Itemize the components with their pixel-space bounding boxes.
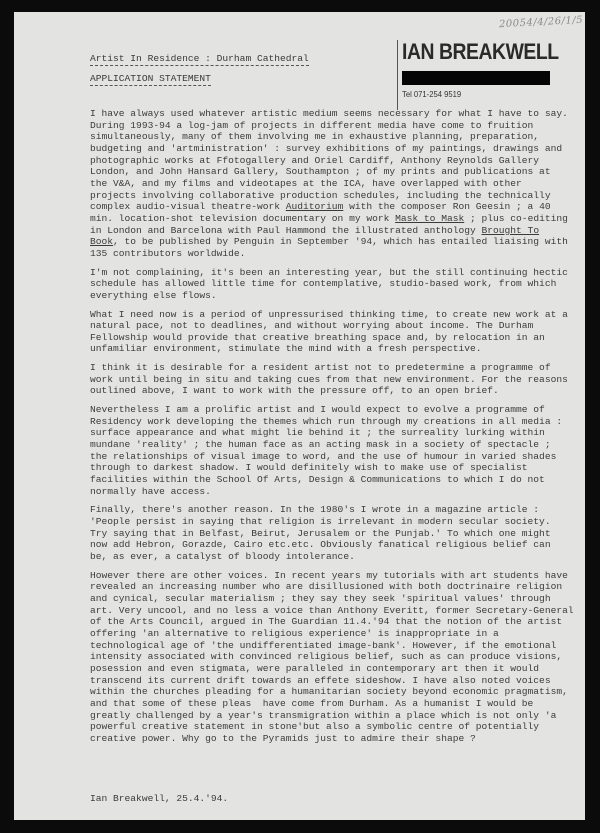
document-subtitle: APPLICATION STATEMENT xyxy=(90,73,211,86)
text-line: creative power. Why go to the Pyramids j… xyxy=(90,733,580,745)
letterhead: IAN BREAKWELL Tel 071-254 9519 xyxy=(397,40,582,110)
text-line: and cynical, secular materialism ; they … xyxy=(90,593,580,605)
text-line: Fellowship would provide that creative b… xyxy=(90,332,580,344)
text-line: Book, to be published by Penguin in Sept… xyxy=(90,236,580,248)
text-line: photographic works at Ffotogallery and O… xyxy=(90,155,580,167)
text-line: Residency work developing the themes whi… xyxy=(90,416,580,428)
text-line: simultaneously, many of them involving m… xyxy=(90,131,580,143)
text-line: technological age of 'the undifferentiat… xyxy=(90,640,580,652)
text-line: through to darkest shadow. I would defin… xyxy=(90,462,580,474)
text-line: greatly challenged by a year's transmigr… xyxy=(90,710,580,722)
signature-line: Ian Breakwell, 25.4.'94. xyxy=(90,793,228,804)
text-line: intensity associated with convinced reli… xyxy=(90,651,580,663)
text-line: within the churches pleading for a human… xyxy=(90,686,580,698)
text-line: outlined above, I want to work with the … xyxy=(90,385,580,397)
text-line: transcend its current drift towards an e… xyxy=(90,675,580,687)
text-line: and that some of these pleas have come f… xyxy=(90,698,580,710)
text-line: budgeting and 'artministration' : survey… xyxy=(90,143,580,155)
text-line: revealed an increasing number who are di… xyxy=(90,581,580,593)
text-line: projects involving collaborative product… xyxy=(90,190,580,202)
text-line: now add Hebron, Gorazde, Cairo etc.etc. … xyxy=(90,539,580,551)
paragraph: However there are other voices. In recen… xyxy=(90,570,580,745)
text-line: London, and John Hansard Gallery, Southa… xyxy=(90,166,580,178)
text-line: of the Arts Council, argued in The Guard… xyxy=(90,616,580,628)
text-line: powerful creative statement in stone'but… xyxy=(90,721,580,733)
text-line: posession and even stigmata, were parall… xyxy=(90,663,580,675)
text-line: I'm not complaining, it's been an intere… xyxy=(90,267,580,279)
text-line: be, as ever, a catalyst of bloody intole… xyxy=(90,551,580,563)
paragraph: I have always used whatever artistic med… xyxy=(90,108,580,260)
statement-body: I have always used whatever artistic med… xyxy=(90,108,580,751)
letterhead-name: IAN BREAKWELL xyxy=(402,40,560,64)
text-line: mundane 'reality' ; the human face as an… xyxy=(90,439,580,451)
text-line: unfamiliar environment, stimulate the mi… xyxy=(90,343,580,355)
paragraph: Nevertheless I am a prolific artist and … xyxy=(90,404,580,497)
text-line: min. location-shot television documentar… xyxy=(90,213,580,225)
paragraph: Finally, there's another reason. In the … xyxy=(90,504,580,562)
archive-reference: 20054/4/26/1/5 xyxy=(499,15,584,30)
text-line: I have always used whatever artistic med… xyxy=(90,108,580,120)
text-line: facilities within the School Of Arts, De… xyxy=(90,474,580,486)
text-line: I think it is desirable for a resident a… xyxy=(90,362,580,374)
paragraph: What I need now is a period of unpressur… xyxy=(90,309,580,356)
text-line: Try saying that in Belfast, Beirut, Jeru… xyxy=(90,528,580,540)
text-line: work until being in situ and taking cues… xyxy=(90,374,580,386)
document-title: Artist In Residence : Durham Cathedral xyxy=(90,53,309,66)
paragraph: I'm not complaining, it's been an intere… xyxy=(90,267,580,302)
text-line: During 1993-94 a log-jam of projects in … xyxy=(90,120,580,132)
text-line: 'People persist in saying that religion … xyxy=(90,516,580,528)
text-line: in London and Barcelona with Paul Hammon… xyxy=(90,225,580,237)
text-line: surface appearance and what might lie be… xyxy=(90,427,580,439)
paragraph: I think it is desirable for a resident a… xyxy=(90,362,580,397)
text-line: offering 'an alternative to religious ex… xyxy=(90,628,580,640)
text-line: Nevertheless I am a prolific artist and … xyxy=(90,404,580,416)
text-line: everything else flows. xyxy=(90,290,580,302)
text-line: Finally, there's another reason. In the … xyxy=(90,504,580,516)
text-line: However there are other voices. In recen… xyxy=(90,570,580,582)
text-line: complex audio-visual theatre-work Audito… xyxy=(90,201,580,213)
letterhead-telephone: Tel 071-254 9519 xyxy=(402,89,564,99)
text-line: the relationships of visual image to wor… xyxy=(90,451,580,463)
text-line: normally have access. xyxy=(90,486,580,498)
text-line: natural pace, not to deadlines, and with… xyxy=(90,320,580,332)
text-line: schedule has allowed little time for con… xyxy=(90,278,580,290)
document-page: 20054/4/26/1/5 Artist In Residence : Dur… xyxy=(14,12,585,820)
text-line: the V&A, and my films and videotapes at … xyxy=(90,178,580,190)
text-line: art. Very uncool, and no less a voice th… xyxy=(90,605,580,617)
text-line: 135 contributors worldwide. xyxy=(90,248,580,260)
redacted-address-bar xyxy=(402,71,550,85)
text-line: What I need now is a period of unpressur… xyxy=(90,309,580,321)
